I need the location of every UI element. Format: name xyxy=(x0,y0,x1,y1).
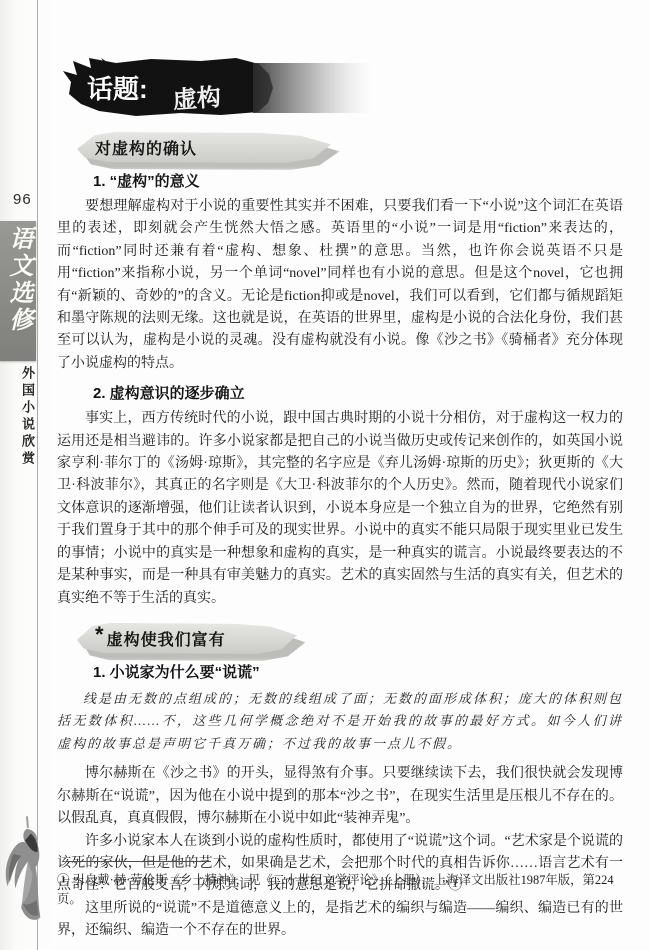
subhead-fiction-awareness: 2. 虚构意识的逐步确立 xyxy=(57,383,623,405)
footnote-text: ① 引自戴·赫·劳伦斯《乡土精神》，见《二十世纪文学评论》（上册），上海译文出版… xyxy=(57,871,627,909)
main-content-column: 话题: 虚构 对虚构的确认 1. “虚构”的意义 要想理解虚构对于小说的重要性其… xyxy=(57,56,623,943)
series-title: 语文选修 xyxy=(0,226,36,361)
section-header-confirm: 对虚构的确认 xyxy=(77,132,331,163)
section-header-rich: * 虚构使我们富有 xyxy=(77,623,297,654)
subhead-why-novelists-lie: 1. 小说家为什么要“说谎” xyxy=(57,662,623,684)
asterisk-mark: * xyxy=(95,630,105,640)
subhead-fiction-meaning: 1. “虚构”的意义 xyxy=(57,171,623,193)
para-fiction-meaning: 要想理解虚构对于小说的重要性其实并不困难，只要我们看一下“小说”这个词汇在英语里… xyxy=(57,196,623,375)
banner-label: 话题: xyxy=(87,74,148,104)
series-title-box: 语文选修 xyxy=(0,221,36,361)
banner-topic: 虚构 xyxy=(172,83,222,114)
section-header-label: 对虚构的确认 xyxy=(95,136,197,159)
ink-splash-banner: 话题: 虚构 xyxy=(61,56,373,118)
quote-geometry: 线是由无数的点组成的；无数的线组成了面；无数的面形成体积；庞大的体积则包括无数体… xyxy=(57,688,623,756)
winged-statue-image xyxy=(2,810,50,938)
tab-face: * 虚构使我们富有 xyxy=(77,623,297,654)
para-fiction-awareness: 事实上，西方传统时代的小说，跟中国古典时期的小说十分相仿，对于虚构这一权力的运用… xyxy=(57,408,623,610)
series-subtitle: 外国小说欣赏 xyxy=(18,366,37,468)
topic-banner: 话题: 虚构 xyxy=(61,56,373,118)
footnote-divider xyxy=(67,861,211,862)
statue-icon xyxy=(2,810,50,938)
textbook-page: 96 语文选修 外国小说欣赏 xyxy=(0,0,650,950)
page-number: 96 xyxy=(13,191,32,208)
para-borges: 博尔赫斯在《沙之书》的开头，显得煞有介事。只要继续读下去，我们很快就会发现博尔赫… xyxy=(57,763,623,830)
section-header-label: 虚构使我们富有 xyxy=(107,627,226,650)
margin-divider-line xyxy=(37,0,38,950)
tab-face: 对虚构的确认 xyxy=(77,132,331,163)
